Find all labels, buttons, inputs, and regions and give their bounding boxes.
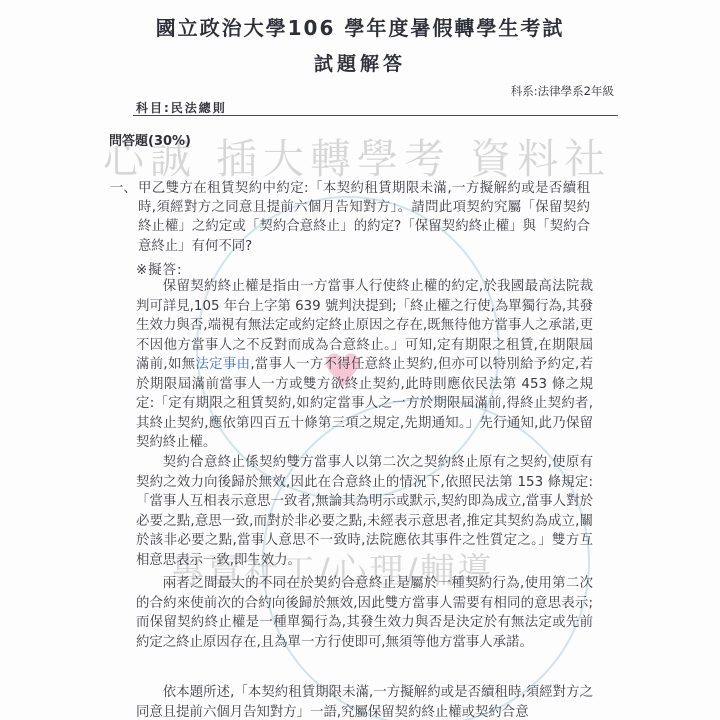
answer-paragraph-4: 依本題所述,「本契約租賃期限未滿,一方擬解約或是否續租時,須經對方之同意且提前六… [136,683,593,720]
page-title: 國立政治大學106 學年度暑假轉學生考試 [0,12,720,41]
answer-paragraph-1: 保留契約終止權是指由一方當事人行使終止權的約定,於我國最高法院裁判可詳見,105… [136,277,593,453]
subject-line: 科目:民法總則 [136,99,227,116]
section-heading: 問答題(30%) [109,130,191,149]
question-text: 甲乙雙方在租賃契約中約定:「本契約租賃期限未滿,一方擬解約或是否續租時,須經對方… [138,181,590,254]
answer-label: ※擬答: [136,259,183,278]
document-page: 心誠 插大轉學考 資料社 專賣社工/心理/輔導 ♥ 國立政治大學106 學年度暑… [0,0,720,720]
department-line: 科系:法律學系2年級 [400,83,614,99]
highlighted-term: 法定事由 [195,357,250,372]
answer-paragraph-3: 兩者之間最大的不同在於契約合意終止是屬於一種契約行為,使用第二次的合約來使前次的… [136,574,593,652]
question-number: 一、 [110,179,137,198]
page-subtitle: 試題解答 [0,49,720,76]
answer-paragraph-2: 契約合意終止係契約雙方當事人以第二次之契約終止原有之契約,使原有契約之效力向後歸… [136,453,593,570]
question-block: 一、 甲乙雙方在租賃契約中約定:「本契約租賃期限未滿,一方擬解約或是否續租時,須… [110,179,590,256]
header-divider [133,115,618,116]
